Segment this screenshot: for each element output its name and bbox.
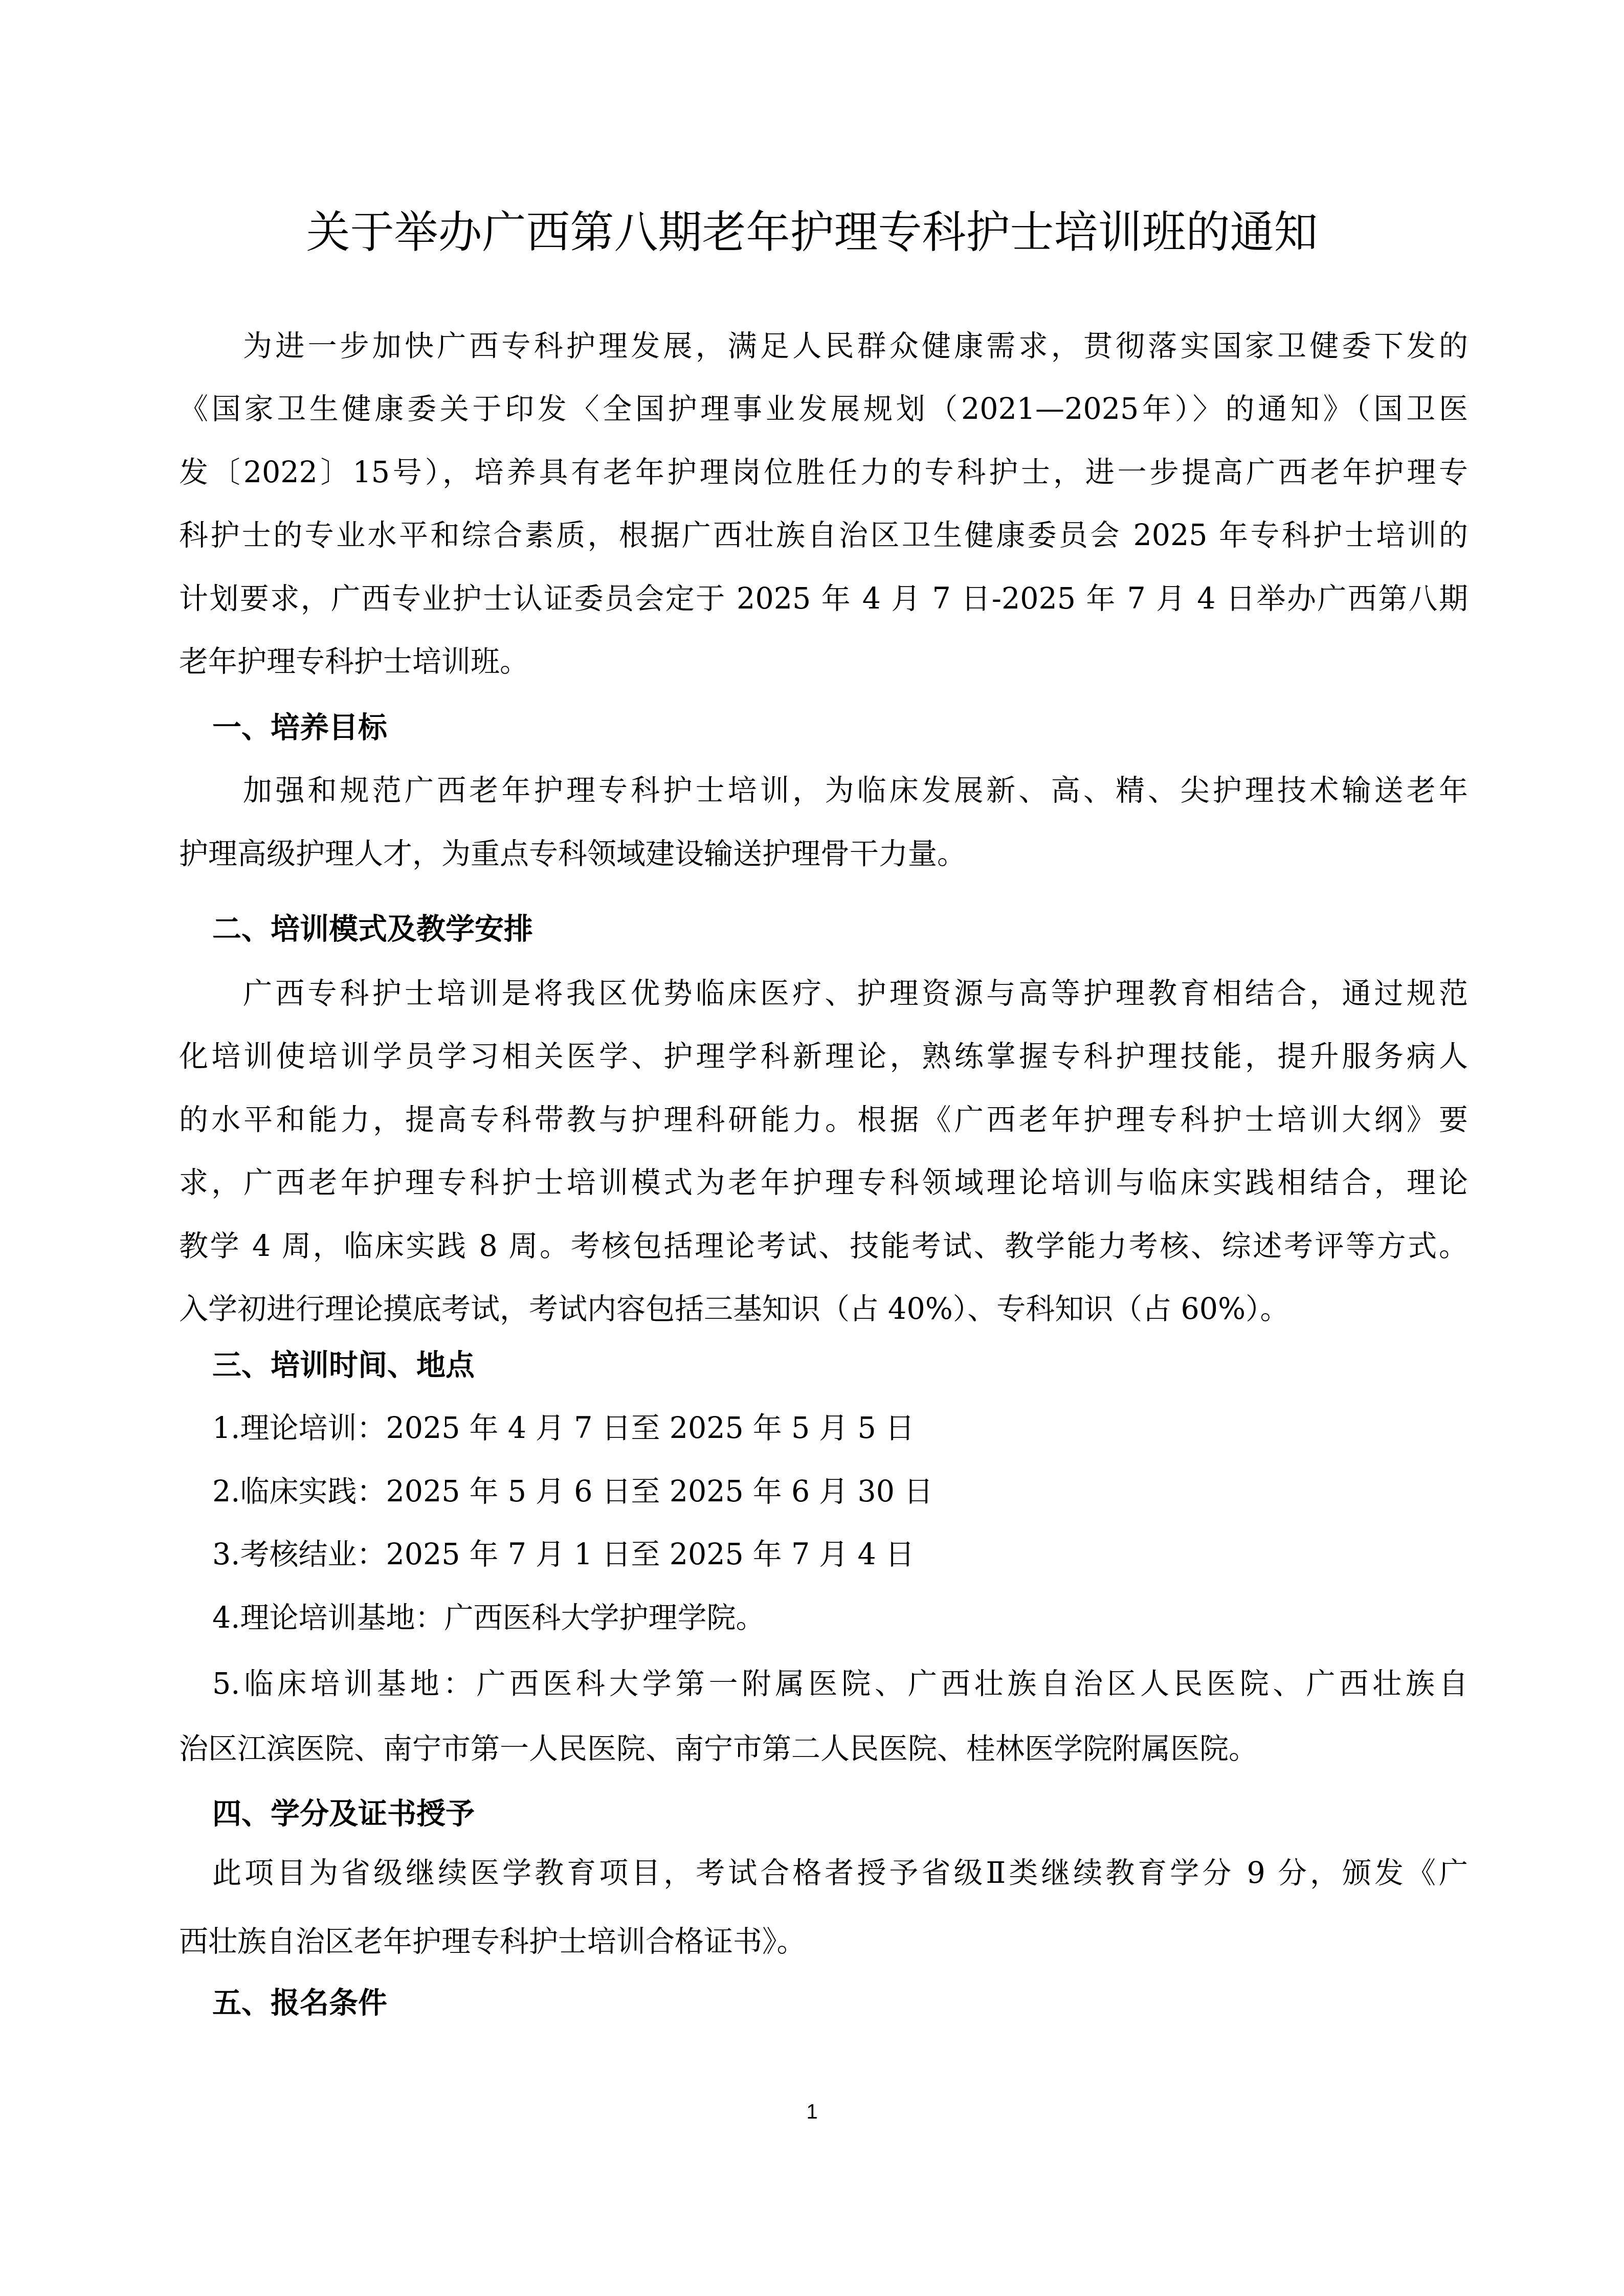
paragraph-line: 入学初进行理论摸底考试，考试内容包括三基知识（占 40%）、专科知识（占 60%… bbox=[179, 1289, 1468, 1330]
page-number: 1 bbox=[0, 2097, 1624, 2127]
list-item-assessment: 3.考核结业：2025 年 7 月 1 日至 2025 年 7 月 4 日 bbox=[212, 1534, 915, 1575]
paragraph-line: 的水平和能力，提高专科带教与护理科研能力。根据《广西老年护理专科护士培训大纲》要 bbox=[179, 1099, 1468, 1140]
paragraph-line: 发〔2022〕15号），培养具有老年护理岗位胜任力的专科护士，进一步提高广西老年… bbox=[179, 452, 1468, 493]
section-heading-enrollment-conditions: 五、报名条件 bbox=[212, 1983, 387, 2023]
paragraph-line: 计划要求，广西专业护士认证委员会定于 2025 年 4 月 7 日-2025 年… bbox=[179, 578, 1468, 619]
section-heading-training-mode: 二、培训模式及教学安排 bbox=[212, 909, 533, 950]
paragraph-line: 《国家卫生健康委关于印发〈全国护理事业发展规划（2021—2025年）〉的通知》… bbox=[179, 389, 1468, 430]
paragraph-line: 教学 4 周，临床实践 8 周。考核包括理论考试、技能考试、教学能力考核、综述考… bbox=[179, 1226, 1468, 1267]
paragraph-line: 求，广西老年护理专科护士培训模式为老年护理专科领域理论培训与临床实践相结合，理论 bbox=[179, 1162, 1468, 1203]
paragraph-line: 加强和规范广西老年护理专科护士培训，为临床发展新、高、精、尖护理技术输送老年 bbox=[243, 770, 1468, 811]
section-heading-time-location: 三、培训时间、地点 bbox=[212, 1345, 475, 1386]
list-item-clinical-bases: 5.临床培训基地：广西医科大学第一附属医院、广西壮族自治区人民医院、广西壮族自 bbox=[212, 1663, 1468, 1704]
paragraph-line: 老年护理专科护士培训班。 bbox=[179, 641, 1468, 682]
paragraph-line: 护理高级护理人才，为重点专科领域建设输送护理骨干力量。 bbox=[179, 834, 1468, 874]
section-heading-credits-certificate: 四、学分及证书授予 bbox=[212, 1793, 475, 1834]
list-item-theory-base: 4.理论培训基地：广西医科大学护理学院。 bbox=[212, 1597, 765, 1638]
paragraph-line: 科护士的专业水平和综合素质，根据广西壮族自治区卫生健康委员会 2025 年专科护… bbox=[179, 515, 1468, 556]
section-heading-training-goals: 一、培养目标 bbox=[212, 707, 387, 748]
paragraph-line: 化培训使培训学员学习相关医学、护理学科新理论，熟练掌握专科护理技能，提升服务病人 bbox=[179, 1036, 1468, 1077]
document-page: 关于举办广西第八期老年护理专科护士培训班的通知 为进一步加快广西专科护理发展，满… bbox=[0, 0, 1624, 2296]
paragraph-line: 广西专科护士培训是将我区优势临床医疗、护理资源与高等护理教育相结合，通过规范 bbox=[243, 973, 1468, 1014]
paragraph-line: 西壮族自治区老年护理专科护士培训合格证书》。 bbox=[179, 1921, 1468, 1962]
list-item-clinical-bases-cont: 治区江滨医院、南宁市第一人民医院、南宁市第二人民医院、桂林医学院附属医院。 bbox=[179, 1728, 1468, 1769]
list-item-clinical-practice: 2.临床实践：2025 年 5 月 6 日至 2025 年 6 月 30 日 bbox=[212, 1471, 933, 1512]
paragraph-line: 为进一步加快广西专科护理发展，满足人民群众健康需求，贯彻落实国家卫健委下发的 bbox=[243, 326, 1468, 367]
list-item-theory-training: 1.理论培训：2025 年 4 月 7 日至 2025 年 5 月 5 日 bbox=[212, 1408, 915, 1449]
document-title: 关于举办广西第八期老年护理专科护士培训班的通知 bbox=[0, 202, 1624, 263]
paragraph-line: 此项目为省级继续医学教育项目，考试合格者授予省级Ⅱ类继续教育学分 9 分，颁发《… bbox=[212, 1853, 1468, 1894]
